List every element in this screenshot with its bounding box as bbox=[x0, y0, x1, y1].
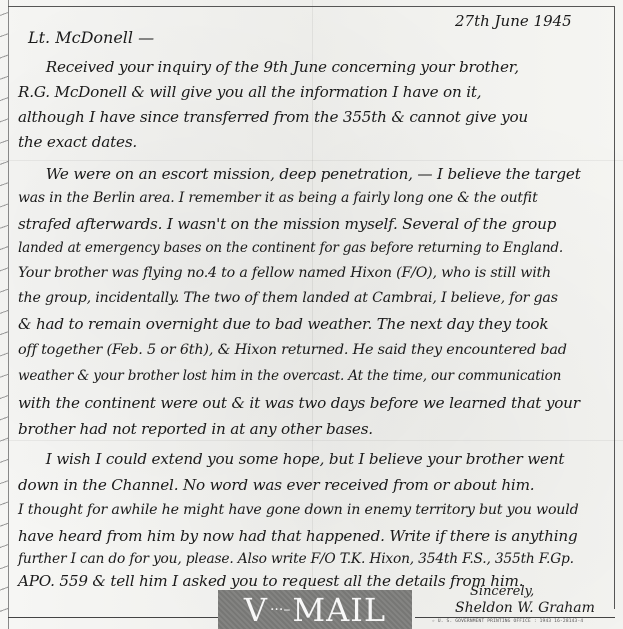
top-border-line bbox=[8, 6, 615, 7]
letter-line: have heard from him by now had that happ… bbox=[18, 527, 609, 545]
letter-line: brother had not reported in at any other… bbox=[18, 420, 609, 438]
letter-line: Your brother was flying no.4 to a fellow… bbox=[18, 265, 609, 281]
letter-line: Received your inquiry of the 9th June co… bbox=[18, 58, 609, 76]
letter-line: the group, incidentally. The two of them… bbox=[18, 290, 609, 306]
letter-date: 27th June 1945 bbox=[455, 12, 572, 30]
letter-line: was in the Berlin area. I remember it as… bbox=[18, 190, 609, 206]
letter-line: We were on an escort mission, deep penet… bbox=[18, 165, 609, 183]
vmail-mail-word: MAIL bbox=[292, 591, 386, 629]
perforated-left-border bbox=[0, 0, 9, 629]
letter-line: strafed afterwards. I wasn't on the miss… bbox=[18, 215, 609, 233]
letter-line: weather & your brother lost him in the o… bbox=[18, 368, 609, 384]
fold-crease-horizontal bbox=[0, 440, 623, 441]
bottom-rule-left bbox=[8, 617, 218, 618]
vmail-stamp: V ···– MAIL bbox=[218, 590, 412, 629]
letter-line: further I can do for you, please. Also w… bbox=[18, 551, 609, 567]
vmail-letter-sheet: 27th June 1945 Lt. McDonell — Received y… bbox=[0, 0, 623, 629]
letter-line: landed at emergency bases on the contine… bbox=[18, 240, 609, 256]
letter-line: I wish I could extend you some hope, but… bbox=[18, 450, 609, 468]
vmail-v-letter: V bbox=[244, 591, 268, 629]
letter-closing: Sincerely, bbox=[470, 584, 534, 599]
letter-line: with the continent were out & it was two… bbox=[18, 394, 609, 412]
letter-line: down in the Channel. No word was ever re… bbox=[18, 476, 609, 494]
printing-office-imprint: ☆ U. S. GOVERNMENT PRINTING OFFICE : 194… bbox=[432, 619, 583, 624]
letter-signature: Sheldon W. Graham bbox=[455, 600, 595, 616]
letter-line: R.G. McDonell & will give you all the in… bbox=[18, 83, 609, 101]
letter-line: although I have since transferred from t… bbox=[18, 108, 609, 126]
letter-line: I thought for awhile he might have gone … bbox=[18, 502, 609, 518]
bottom-rule-right bbox=[415, 617, 615, 618]
fold-crease-horizontal bbox=[0, 160, 623, 161]
letter-line: & had to remain overnight due to bad wea… bbox=[18, 315, 609, 333]
letter-salutation: Lt. McDonell — bbox=[28, 28, 154, 47]
vmail-morse-code: ···– bbox=[270, 602, 290, 618]
letter-line: the exact dates. bbox=[18, 133, 609, 151]
right-border-line bbox=[614, 6, 615, 609]
letter-line: off together (Feb. 5 or 6th), & Hixon re… bbox=[18, 342, 609, 358]
